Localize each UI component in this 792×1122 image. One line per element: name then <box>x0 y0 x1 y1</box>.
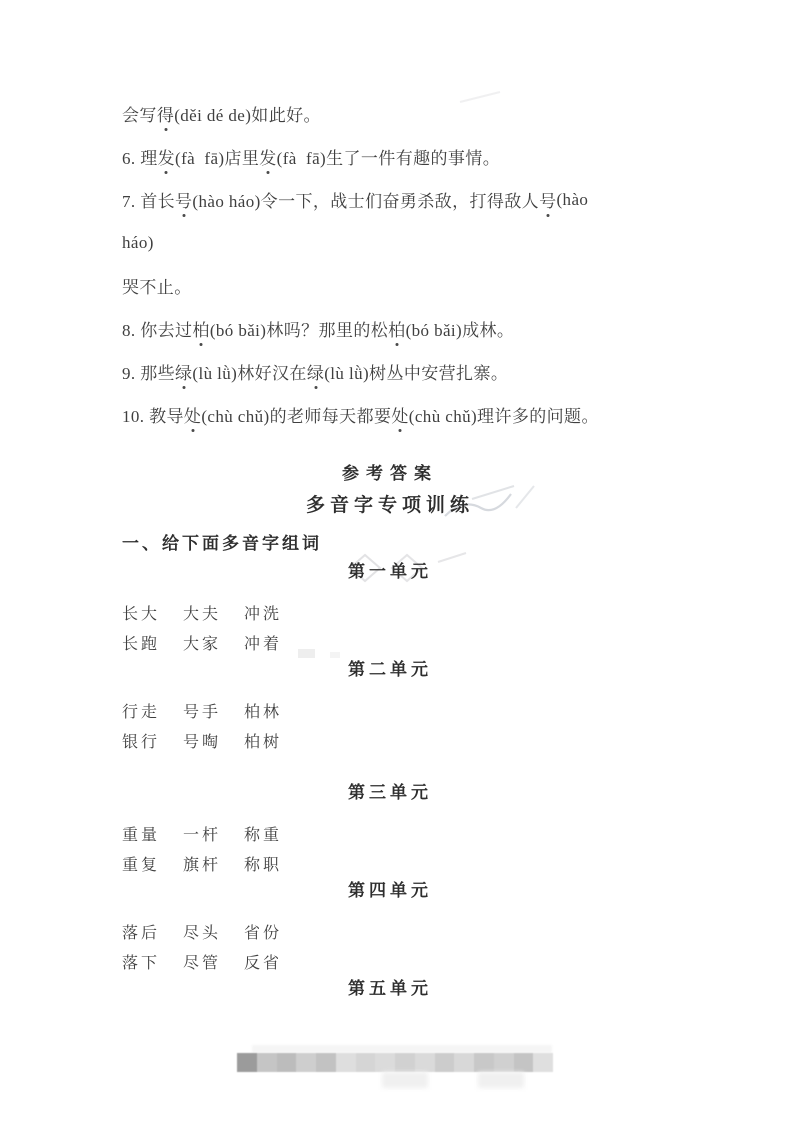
answer-word: 冲着 <box>244 631 282 654</box>
redaction-block <box>296 1053 316 1072</box>
redaction-block <box>375 1053 395 1072</box>
unit-title: 第三单元 <box>0 783 780 803</box>
answer-word: 称职 <box>244 852 282 875</box>
text-segment: 10. 教导 <box>122 402 184 427</box>
document-page: { "page": { "background": "#ffffff", "te… <box>0 0 792 1122</box>
redaction-block <box>316 1053 336 1072</box>
word-row: 落下尽管反省 <box>0 946 792 976</box>
redaction-blob <box>382 1072 428 1088</box>
emphasized-char: 得 <box>157 101 174 126</box>
answer-word: 长大 <box>122 601 160 624</box>
unit-title: 第二单元 <box>0 660 780 680</box>
unit-title: 第一单元 <box>0 562 780 582</box>
emphasized-char: 柏 <box>192 316 209 341</box>
emphasized-char: 号 <box>539 187 556 212</box>
redaction-bar <box>237 1053 553 1072</box>
word-row: 重复旗杆称职 <box>0 848 792 878</box>
text-segment: 哭不止。 <box>122 273 192 298</box>
answer-word: 反省 <box>244 950 282 973</box>
answer-word: 号啕 <box>183 729 221 752</box>
answer-word: 重复 <box>122 852 160 875</box>
text-segment: 8. 你去过 <box>122 316 192 341</box>
exercise-section: 会写得(děi dé de)如此好。6. 理发(fà fā)店里发(fà fā)… <box>122 92 682 436</box>
text-segment: (hào háo)令一下，战士们奋勇杀敌，打得敌人 <box>192 187 539 212</box>
answer-word: 省份 <box>244 920 282 943</box>
word-row: 长大大夫冲洗 <box>0 597 792 627</box>
emphasized-char: 绿 <box>175 359 192 384</box>
unit-title: 第五单元 <box>0 979 780 999</box>
answer-word: 尽管 <box>183 950 221 973</box>
answer-word: 长跑 <box>122 631 160 654</box>
redaction-block <box>435 1053 455 1072</box>
exercise-line: 7. 首长号(hào háo)令一下，战士们奋勇杀敌，打得敌人号(hào <box>122 178 682 221</box>
unit-block: 第二单元行走号手柏林银行号啕柏树 <box>0 660 792 755</box>
text-segment: (chù chǔ)的老师每天都要 <box>201 402 391 427</box>
answer-word: 旗杆 <box>183 852 221 875</box>
word-row: 落后尽头省份 <box>0 916 792 946</box>
answer-word: 尽头 <box>183 920 221 943</box>
emphasized-char: 柏 <box>388 316 405 341</box>
exercise-line: háo) <box>122 221 682 264</box>
word-row: 长跑大家冲着 <box>0 627 792 657</box>
answers-title: 参考答案 <box>0 459 780 484</box>
units-container: 第一单元长大大夫冲洗长跑大家冲着第二单元行走号手柏林银行号啕柏树第三单元重量一杆… <box>0 562 792 1014</box>
text-segment: (lù lǜ)林好汉在 <box>192 359 306 384</box>
text-segment: (hào <box>556 190 588 210</box>
exercise-line: 会写得(děi dé de)如此好。 <box>122 92 682 135</box>
unit-block: 第四单元落后尽头省份落下尽管反省 <box>0 881 792 976</box>
unit-block: 第五单元 <box>0 979 792 999</box>
text-segment: (děi dé de)如此好。 <box>174 101 321 126</box>
answer-word: 称重 <box>244 822 282 845</box>
answer-word: 大家 <box>183 631 221 654</box>
emphasized-char: 号 <box>175 187 192 212</box>
redaction-block <box>257 1053 277 1072</box>
redaction-block <box>237 1053 257 1072</box>
redaction-block <box>494 1053 514 1072</box>
unit-block: 第一单元长大大夫冲洗长跑大家冲着 <box>0 562 792 657</box>
answer-word: 行走 <box>122 699 160 722</box>
section-heading: 一、给下面多音字组词 <box>122 529 322 554</box>
text-segment: 7. 首长 <box>122 187 175 212</box>
answer-word: 号手 <box>183 699 221 722</box>
emphasized-char: 发 <box>158 144 175 169</box>
redaction-block <box>336 1053 356 1072</box>
exercise-line: 10. 教导处(chù chǔ)的老师每天都要处(chù chǔ)理许多的问题。 <box>122 393 682 436</box>
text-segment: (fà fā)生了一件有趣的事情。 <box>277 144 500 169</box>
word-row: 行走号手柏林 <box>0 695 792 725</box>
answer-word: 银行 <box>122 729 160 752</box>
answer-word: 落下 <box>122 950 160 973</box>
emphasized-char: 处 <box>391 402 408 427</box>
answer-word: 冲洗 <box>244 601 282 624</box>
text-segment: (bó bǎi)林吗？那里的松 <box>210 316 388 341</box>
redaction-block <box>395 1053 415 1072</box>
redaction-block <box>454 1053 474 1072</box>
redaction-block <box>356 1053 376 1072</box>
redaction-blob <box>478 1072 524 1088</box>
answers-subtitle: 多音字专项训练 <box>0 490 780 517</box>
exercise-line: 6. 理发(fà fā)店里发(fà fā)生了一件有趣的事情。 <box>122 135 682 178</box>
word-row: 重量一杆称重 <box>0 818 792 848</box>
answer-word: 一杆 <box>183 822 221 845</box>
emphasized-char: 发 <box>259 144 276 169</box>
text-segment: (fà fā)店里 <box>175 144 259 169</box>
redaction-block <box>474 1053 494 1072</box>
answer-word: 大夫 <box>183 601 221 624</box>
text-segment: 6. 理 <box>122 144 158 169</box>
exercise-line: 9. 那些绿(lù lǜ)林好汉在绿(lù lǜ)树丛中安营扎寨。 <box>122 350 682 393</box>
word-row: 银行号啕柏树 <box>0 725 792 755</box>
emphasized-char: 绿 <box>307 359 324 384</box>
answer-word: 重量 <box>122 822 160 845</box>
exercise-line: 哭不止。 <box>122 264 682 307</box>
text-segment: (bó bǎi)成林。 <box>406 316 515 341</box>
text-segment: 会写 <box>122 101 157 126</box>
text-segment: 9. 那些 <box>122 359 175 384</box>
answer-word: 柏树 <box>244 729 282 752</box>
answer-word: 落后 <box>122 920 160 943</box>
text-segment: (lù lǜ)树丛中安营扎寨。 <box>324 359 508 384</box>
unit-block: 第三单元重量一杆称重重复旗杆称职 <box>0 783 792 878</box>
redaction-strip-top <box>252 1045 552 1053</box>
redaction-block <box>277 1053 297 1072</box>
redaction-block <box>533 1053 553 1072</box>
unit-title: 第四单元 <box>0 881 780 901</box>
emphasized-char: 处 <box>184 402 201 427</box>
redaction-block <box>415 1053 435 1072</box>
exercise-line: 8. 你去过柏(bó bǎi)林吗？那里的松柏(bó bǎi)成林。 <box>122 307 682 350</box>
text-segment: háo) <box>122 233 154 253</box>
answer-word: 柏林 <box>244 699 282 722</box>
text-segment: (chù chǔ)理许多的问题。 <box>409 402 599 427</box>
redaction-block <box>514 1053 534 1072</box>
